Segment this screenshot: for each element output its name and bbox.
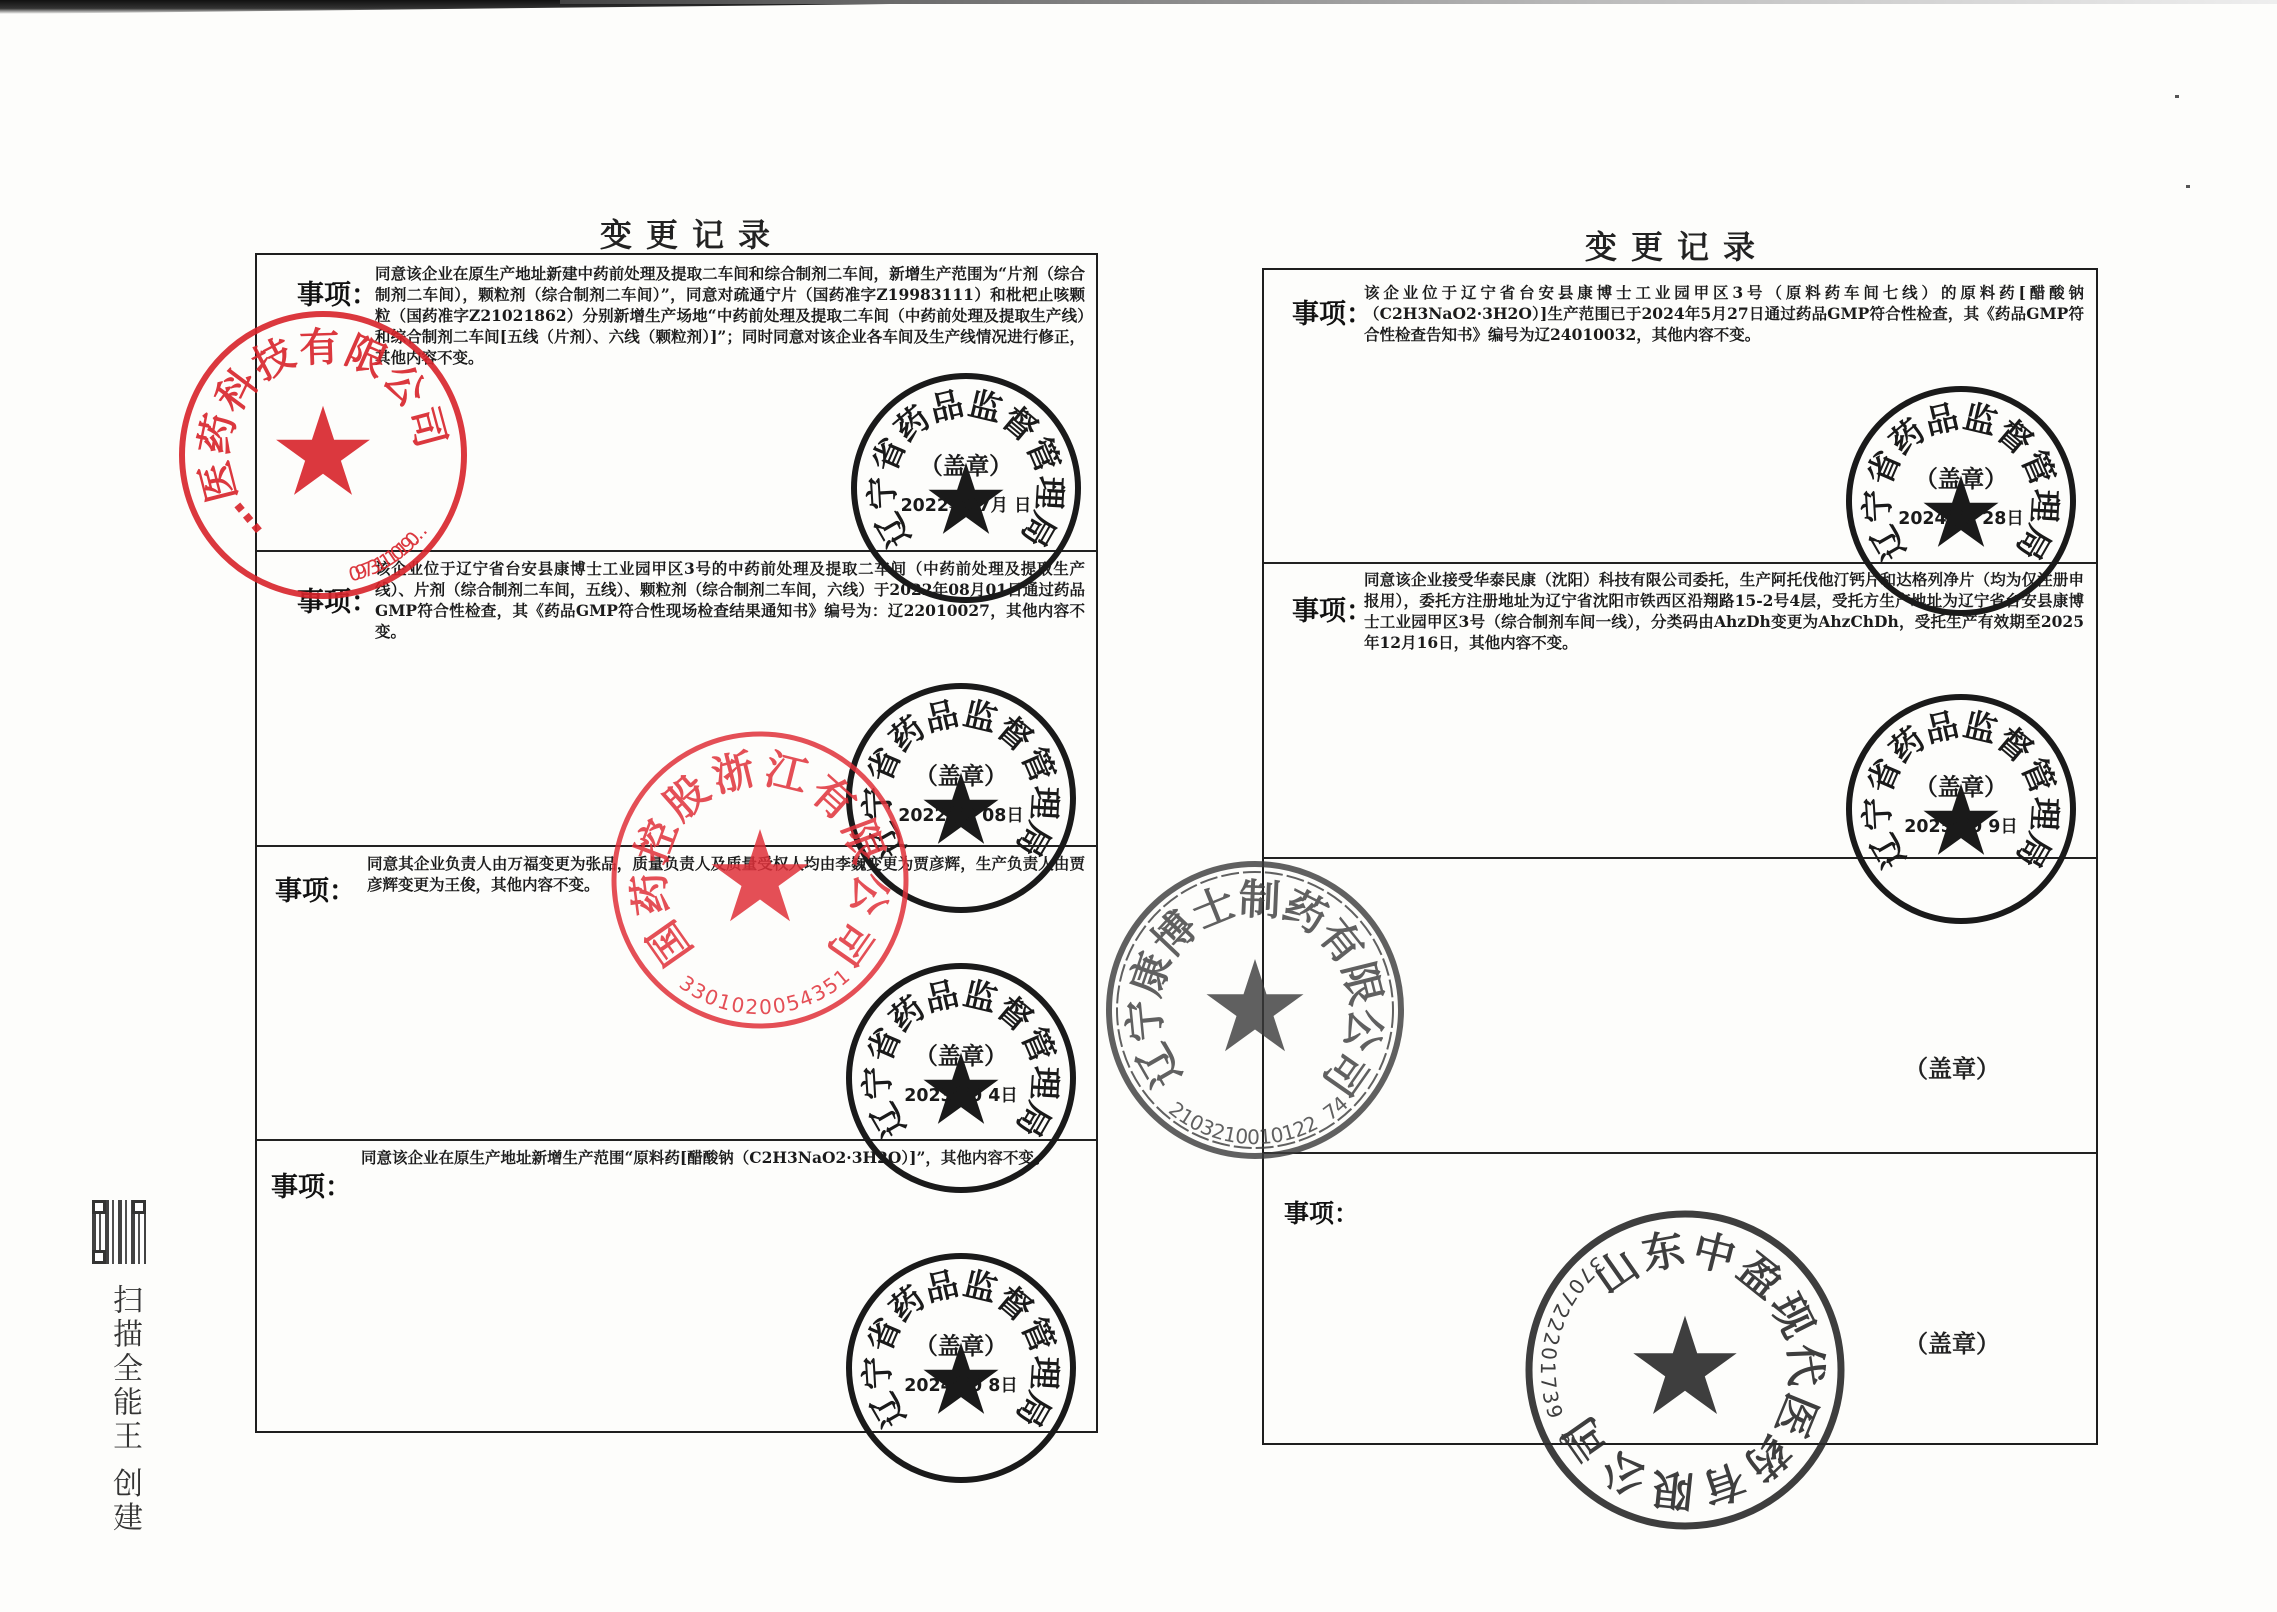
- scan-speck: [2175, 95, 2179, 98]
- right-change-record-table: 事项： 该企业位于辽宁省台安县康博士工业园甲区3号（原料药车间七线）的原料药[醋…: [1262, 268, 2098, 1445]
- svg-text:2: 2: [1209, 1118, 1228, 1145]
- entry-text: 同意该企业在原生产地址新建中药前处理及提取二车间和综合制剂二车间，新增生产范围为…: [375, 263, 1085, 368]
- watermark-text: 扫描全能王 创建: [102, 1284, 146, 1536]
- scan-speck: [2186, 185, 2190, 188]
- scan-edge-line: [560, 0, 2277, 4]
- left-entry-2: 事项： 该企业位于辽宁省台安县康博士工业园甲区3号的中药前处理及提取二车间（中药…: [257, 550, 1096, 847]
- qr-code-icon: [92, 1200, 146, 1264]
- svg-text:宁: 宁: [1119, 997, 1172, 1044]
- svg-text:2: 2: [1164, 1097, 1189, 1124]
- right-page-title: 变更记录: [1585, 222, 1769, 268]
- seal-placeholder-label: （盖章）: [1904, 1324, 2000, 1359]
- left-change-record-table: 事项： 同意该企业在原生产地址新建中药前处理及提取二车间和综合制剂二车间，新增生…: [255, 253, 1098, 1433]
- entry-text: 同意该企业在原生产地址新增生产范围“原料药[醋酸钠（C2H3NaO2·3H2O）…: [361, 1147, 1085, 1168]
- left-page-title: 变更记录: [600, 210, 784, 256]
- svg-text:限: 限: [1649, 1463, 1696, 1516]
- entry-label: 事项：: [1292, 589, 1373, 628]
- svg-text:1: 1: [1175, 1103, 1199, 1130]
- svg-text:博: 博: [1143, 902, 1207, 966]
- entry-text: 同意该企业接受华泰民康（沈阳）科技有限公司委托，生产阿托伐他汀钙片和达格列净片（…: [1364, 569, 2084, 653]
- right-entry-4: 事项： （盖章）: [1264, 1152, 2096, 1447]
- left-entry-4: 事项： 同意该企业在原生产地址新增生产范围“原料药[醋酸钠（C2H3NaO2·3…: [257, 1139, 1096, 1435]
- entry-label: 事项：: [1284, 1194, 1359, 1230]
- entry-text: 该企业位于辽宁省台安县康博士工业园甲区3号（原料药车间七线）的原料药[醋酸钠（C…: [1364, 282, 2084, 345]
- svg-text:有: 有: [1696, 1454, 1751, 1514]
- svg-text:辽: 辽: [1128, 1035, 1191, 1096]
- entry-label: 事项：: [297, 273, 378, 312]
- left-entry-1: 事项： 同意该企业在原生产地址新建中药前处理及提取二车间和综合制剂二车间，新增生…: [257, 255, 1096, 550]
- svg-text:药: 药: [192, 410, 245, 458]
- right-entry-3: （盖章）: [1264, 857, 2096, 1154]
- svg-text:1: 1: [1221, 1122, 1238, 1148]
- svg-text:0: 0: [1185, 1109, 1207, 1136]
- entry-label: 事项：: [1292, 292, 1373, 331]
- seal-placeholder-label: （盖章）: [1904, 1049, 2000, 1084]
- entry-label: 事项：: [271, 1165, 352, 1204]
- svg-text:3: 3: [1197, 1114, 1218, 1141]
- entry-text: 同意其企业负责人由万福变更为张品，质量负责人及质量受权人均由李巍变更为贾彦辉，生…: [367, 853, 1085, 895]
- scanner-watermark: 扫描全能王 创建: [92, 1200, 152, 1536]
- left-entry-3: 事项： 同意其企业负责人由万福变更为张品，质量负责人及质量受权人均由李巍变更为贾…: [257, 845, 1096, 1141]
- entry-text: 该企业位于辽宁省台安县康博士工业园甲区3号的中药前处理及提取二车间（中药前处理及…: [375, 558, 1085, 642]
- svg-text:0: 0: [1234, 1124, 1249, 1149]
- svg-text:医: 医: [192, 456, 246, 506]
- svg-text:0: 0: [1247, 1125, 1260, 1149]
- entry-label: 事项：: [275, 869, 356, 908]
- svg-text:康: 康: [1121, 946, 1181, 1002]
- svg-text:士: 士: [1185, 877, 1242, 938]
- svg-text:公: 公: [1593, 1442, 1654, 1506]
- right-entry-1: 事项： 该企业位于辽宁省台安县康博士工业园甲区3号（原料药车间七线）的原料药[醋…: [1264, 270, 2096, 562]
- right-entry-2: 事项： 同意该企业接受华泰民康（沈阳）科技有限公司委托，生产阿托伐他汀钙片和达格…: [1264, 562, 2096, 859]
- entry-label: 事项：: [297, 580, 378, 619]
